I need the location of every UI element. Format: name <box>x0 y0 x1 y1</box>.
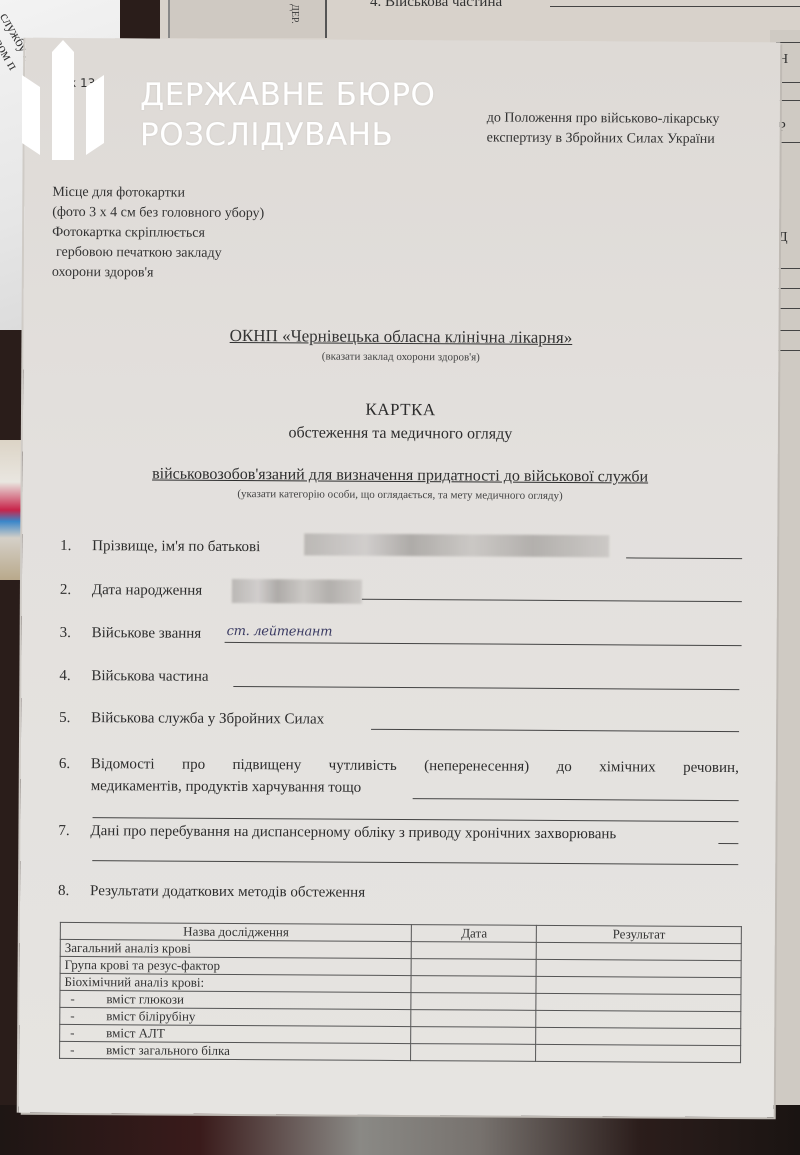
background-box <box>168 0 327 38</box>
test-result[interactable] <box>536 959 741 977</box>
column-header-result: Результат <box>537 925 742 943</box>
background-tick <box>776 268 800 269</box>
photo-line: (фото 3 х 4 см без головного убору) <box>52 203 264 224</box>
photo-line: охорони здоров'я <box>52 263 264 284</box>
card-title: КАРТКА <box>23 398 778 423</box>
test-name: -вміст АЛТ <box>60 1024 412 1043</box>
field-number: 7. <box>58 823 90 840</box>
photo-line: гербовою печаткою закладу <box>52 243 264 264</box>
field-military-unit: 4.Військова частина <box>59 668 208 686</box>
bullet-dash: - <box>70 991 106 1007</box>
field-label: Дані про перебування на диспансерному об… <box>90 823 616 842</box>
bullet-dash: - <box>70 1008 106 1024</box>
sub-test-name: вміст глюкози <box>106 991 184 1006</box>
redacted-full-name <box>304 533 609 557</box>
test-name: Біохімічний аналіз крові: <box>60 973 412 992</box>
dispensary-underline-2 <box>92 860 738 865</box>
photo-line: Місце для фотокартки <box>52 183 264 204</box>
dispensary-underline-1 <box>718 843 738 844</box>
field-number: 1. <box>60 538 92 555</box>
background-rotated-text: ДЕР. <box>289 4 300 24</box>
test-date[interactable] <box>411 1027 536 1045</box>
table-row: -вміст загального білка <box>60 1041 741 1062</box>
bullet-dash: - <box>70 1025 106 1041</box>
test-result[interactable] <box>536 942 741 960</box>
field-full-name: 1.Прізвище, ім'я по батькові <box>60 538 260 556</box>
test-result[interactable] <box>536 1027 741 1045</box>
field-number: 5. <box>59 710 91 727</box>
item-allergies-line2: медикаментів, продуктів харчування тощо <box>59 775 739 801</box>
background-underline <box>550 6 800 7</box>
item-additional-tests: 8.Результати додаткових методів обстежен… <box>58 883 365 902</box>
sub-test-name: вміст загального білка <box>106 1042 230 1058</box>
test-name: -вміст глюкози <box>60 990 412 1009</box>
test-result[interactable] <box>536 976 741 994</box>
redacted-birth-date <box>232 579 362 604</box>
organization-hint: (вказати заклад охорони здоров'я) <box>23 349 778 366</box>
military-unit-underline <box>233 686 739 690</box>
background-tick <box>776 330 800 331</box>
field-label: Прізвище, ім'я по батькові <box>92 538 260 555</box>
field-number: 3. <box>60 625 92 642</box>
military-service-underline <box>371 729 739 732</box>
medical-exam-card-page: к 13 до Положення про військово-лікарськ… <box>19 38 781 1118</box>
birth-date-underline <box>362 599 742 602</box>
field-number: 2. <box>60 582 92 599</box>
background-field-text: 4. Військова частина <box>370 0 502 11</box>
annex-reference: до Положення про військово-лікарську екс… <box>487 109 720 150</box>
bullet-dash: - <box>70 1042 106 1058</box>
field-birth-date: 2.Дата народження <box>60 582 202 600</box>
test-date[interactable] <box>411 993 536 1011</box>
dbr-emblem-icon <box>22 40 104 160</box>
test-name: Загальний аналіз крові <box>60 939 412 958</box>
annex-line: експертизу в Збройних Силах України <box>487 129 720 150</box>
test-name: -вміст загального білка <box>60 1041 412 1060</box>
background-tick <box>776 308 800 309</box>
test-result[interactable] <box>536 993 741 1011</box>
background-letter: Д <box>778 230 788 246</box>
sub-test-name: вміст білірубіну <box>106 1008 195 1024</box>
test-date[interactable] <box>412 942 537 960</box>
field-label: Військове звання <box>92 625 202 642</box>
field-military-service: 5.Військова служба у Збройних Силах <box>59 710 324 729</box>
photo-placeholder: Місце для фотокартки (фото 3 х 4 см без … <box>52 183 265 284</box>
test-name: -вміст білірубіну <box>60 1007 412 1026</box>
person-category: військовозобов'язаний для визначення при… <box>23 465 778 488</box>
field-military-rank: 3.Військове звання <box>60 625 202 643</box>
person-category-hint: (указати категорію особи, що оглядається… <box>22 487 777 504</box>
full-name-underline <box>626 557 742 559</box>
military-rank-underline <box>225 642 742 646</box>
field-label: Результати додаткових методів обстеження <box>90 883 365 901</box>
test-name: Група крові та резус-фактор <box>60 956 412 975</box>
column-header-date: Дата <box>412 925 537 943</box>
item-allergies-line1: Відомості про підвищену чутливість (непе… <box>91 756 739 776</box>
field-label: Дата народження <box>92 582 202 599</box>
dbr-watermark-line2: РОЗСЛІДУВАНЬ <box>140 115 435 155</box>
background-medicine-box <box>0 440 22 580</box>
photo-line: Фотокартка скріплюється <box>52 223 264 244</box>
test-date[interactable] <box>411 1044 536 1062</box>
test-result[interactable] <box>536 1010 741 1028</box>
item-dispensary-registration: 7.Дані про перебування на диспансерному … <box>58 823 616 843</box>
test-date[interactable] <box>411 976 536 994</box>
sub-test-name: вміст АЛТ <box>106 1025 165 1040</box>
field-label: Військова служба у Збройних Силах <box>91 710 324 727</box>
organization-name: ОКНП «Чернівецька обласна клінічна лікар… <box>23 325 778 350</box>
test-result[interactable] <box>536 1044 741 1062</box>
card-subtitle: обстеження та медичного огляду <box>23 423 778 446</box>
field-number: 4. <box>59 668 91 685</box>
dbr-watermark-line1: ДЕРЖАВНЕ БЮРО <box>140 75 435 115</box>
field-label: Військова частина <box>91 668 208 685</box>
allergies-underline-2 <box>93 817 739 822</box>
test-date[interactable] <box>411 1010 536 1028</box>
military-rank-handwritten-value: ст. лейтенант <box>227 624 333 640</box>
dbr-watermark-text: ДЕРЖАВНЕ БЮРО РОЗСЛІДУВАНЬ <box>140 75 435 155</box>
results-table: Назва дослідження Дата Результат Загальн… <box>59 922 742 1063</box>
background-tick <box>776 350 800 351</box>
field-number: 6. <box>59 753 91 775</box>
annex-line: до Положення про військово-лікарську <box>487 109 720 130</box>
test-date[interactable] <box>412 959 537 977</box>
field-number: 8. <box>58 883 90 900</box>
item-allergies: 6.Відомості про підвищену чутливість (не… <box>59 753 739 801</box>
background-tick <box>776 288 800 289</box>
column-header-test-name: Назва дослідження <box>60 922 412 941</box>
